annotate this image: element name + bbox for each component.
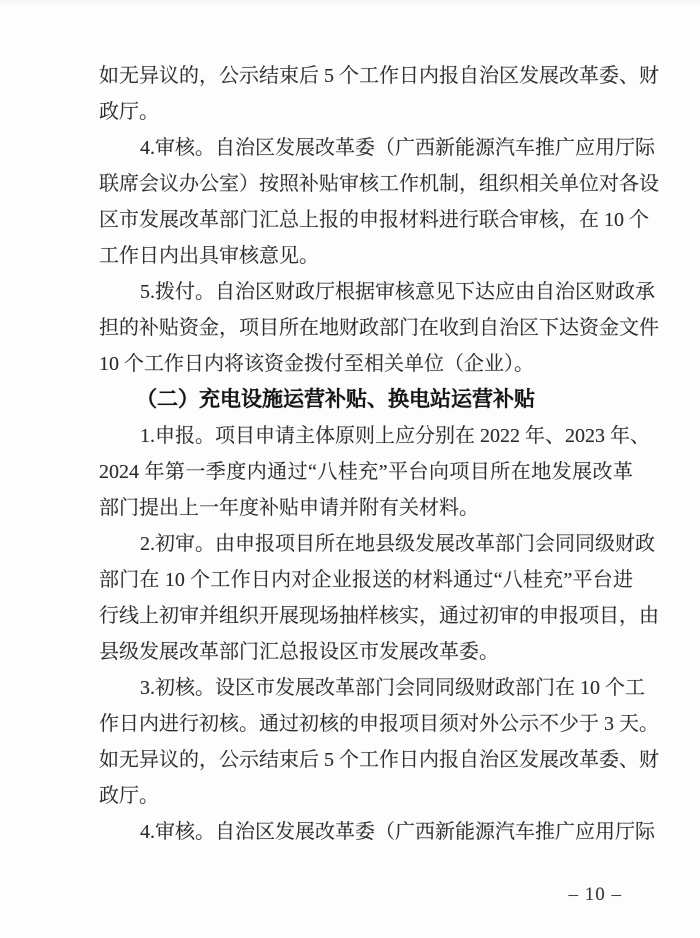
text-line: 工作日内出具审核意见。 <box>99 238 633 274</box>
text-line: 行线上初审并组织开展现场抽样核实，通过初审的申报项目，由 <box>99 598 633 634</box>
text-line: 10 个工作日内将该资金拨付至相关单位（企业）。 <box>99 346 633 382</box>
text-line: 3.初核。设区市发展改革部门会同同级财政部门在 10 个工 <box>99 670 633 706</box>
text-line: 2024 年第一季度内通过“八桂充”平台向项目所在地发展改革 <box>99 454 633 490</box>
paragraph: 4.审核。自治区发展改革委（广西新能源汽车推广应用厅际 <box>99 814 633 850</box>
text-line: （二）充电设施运营补贴、换电站运营补贴 <box>99 382 633 418</box>
text-line: 区市发展改革部门汇总上报的申报材料进行联合审核，在 10 个 <box>99 202 633 238</box>
text-line: 4.审核。自治区发展改革委（广西新能源汽车推广应用厅际 <box>99 130 633 166</box>
paragraph: 4.审核。自治区发展改革委（广西新能源汽车推广应用厅际联席会议办公室）按照补贴审… <box>99 130 633 274</box>
text-line: 部门提出上一年度补贴申请并附有关材料。 <box>99 490 633 526</box>
text-line: 2.初审。由申报项目所在地县级发展改革部门会同同级财政 <box>99 526 633 562</box>
text-line: 政厅。 <box>99 778 633 814</box>
paragraph: 5.拨付。自治区财政厅根据审核意见下达应由自治区财政承担的补贴资金，项目所在地财… <box>99 274 633 382</box>
paragraph: 1.申报。项目申请主体原则上应分别在 2022 年、2023 年、2024 年第… <box>99 418 633 526</box>
text-line: 1.申报。项目申请主体原则上应分别在 2022 年、2023 年、 <box>99 418 633 454</box>
text-line: 如无异议的，公示结束后 5 个工作日内报自治区发展改革委、财 <box>99 58 633 94</box>
paragraph: 2.初审。由申报项目所在地县级发展改革部门会同同级财政部门在 10 个工作日内对… <box>99 526 633 670</box>
paragraph: 3.初核。设区市发展改革部门会同同级财政部门在 10 个工作日内进行初核。通过初… <box>99 670 633 814</box>
text-line: 担的补贴资金，项目所在地财政部门在收到自治区下达资金文件 <box>99 310 633 346</box>
text-line: 县级发展改革部门汇总报设区市发展改革委。 <box>99 634 633 670</box>
text-line: 政厅。 <box>99 94 633 130</box>
text-line: 如无异议的，公示结束后 5 个工作日内报自治区发展改革委、财 <box>99 742 633 778</box>
paragraph: 如无异议的，公示结束后 5 个工作日内报自治区发展改革委、财政厅。 <box>99 58 633 130</box>
text-line: 4.审核。自治区发展改革委（广西新能源汽车推广应用厅际 <box>99 814 633 850</box>
section-heading: （二）充电设施运营补贴、换电站运营补贴 <box>99 382 633 418</box>
document-page: 如无异议的，公示结束后 5 个工作日内报自治区发展改革委、财政厅。4.审核。自治… <box>0 0 700 938</box>
text-line: 作日内进行初核。通过初核的申报项目须对外公示不少于 3 天。 <box>99 706 633 742</box>
text-line: 部门在 10 个工作日内对企业报送的材料通过“八桂充”平台进 <box>99 562 633 598</box>
text-line: 5.拨付。自治区财政厅根据审核意见下达应由自治区财政承 <box>99 274 633 310</box>
page-number: – 10 – <box>569 884 623 906</box>
text-blocks: 如无异议的，公示结束后 5 个工作日内报自治区发展改革委、财政厅。4.审核。自治… <box>99 58 633 850</box>
text-line: 联席会议办公室）按照补贴审核工作机制，组织相关单位对各设 <box>99 166 633 202</box>
